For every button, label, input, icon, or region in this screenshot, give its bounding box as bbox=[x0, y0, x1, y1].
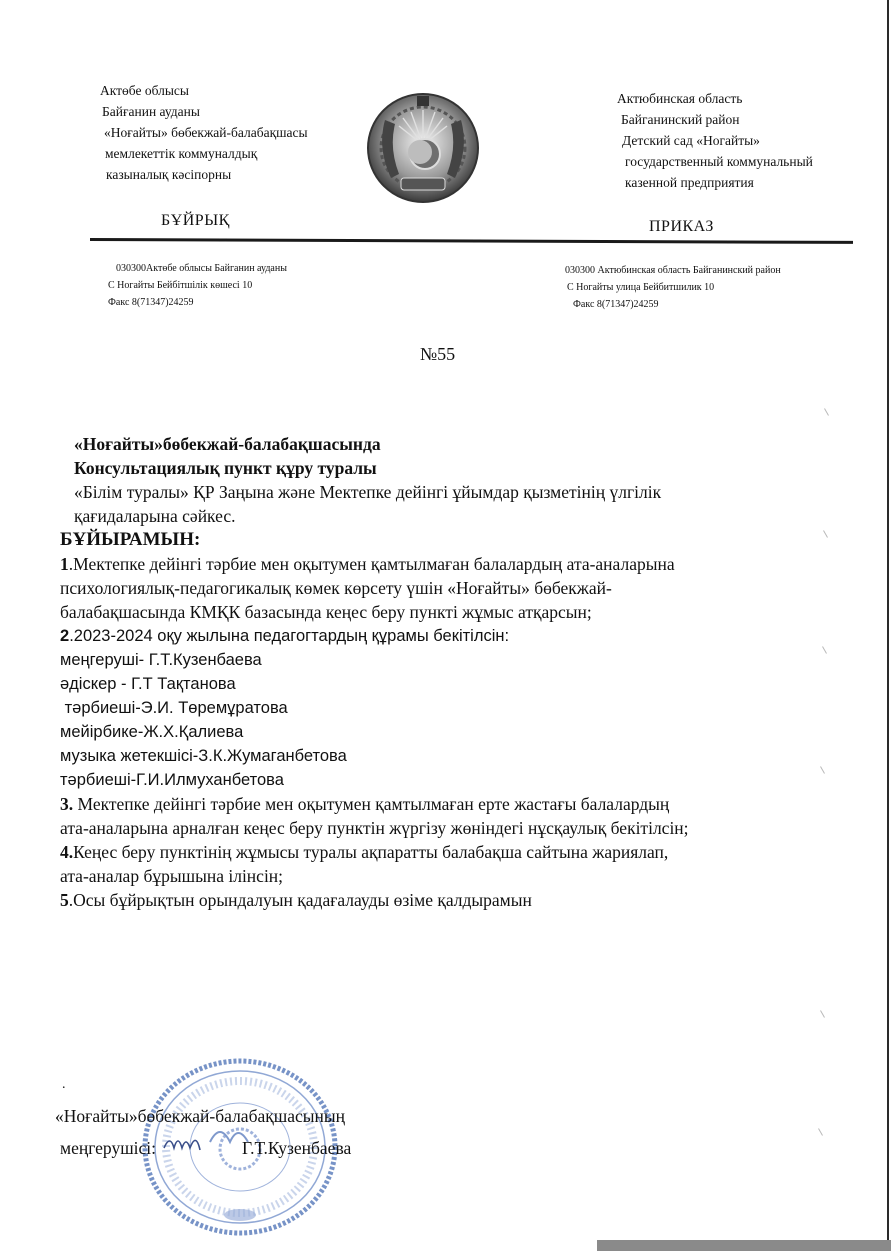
header-right-line: Детский сад «Ногайты» bbox=[617, 130, 813, 151]
header-right-line: Актюбинская область bbox=[617, 88, 813, 109]
address-line: 030300 Актюбинская область Байганинский … bbox=[565, 262, 781, 279]
stray-dot: . bbox=[62, 1077, 66, 1093]
staff-list: меңгеруші- Г.Т.Кузенбаева әдіскер - Г.Т … bbox=[60, 648, 860, 792]
header-left-line: мемлекеттік коммуналдық bbox=[100, 143, 308, 164]
document-title-kazakh: БҰЙРЫҚ bbox=[161, 212, 230, 230]
header-right-line: государственный коммунальный bbox=[617, 151, 813, 172]
kazakhstan-state-emblem-icon bbox=[363, 90, 483, 206]
order-document-page: Актөбе облысы Байғанин ауданы «Ноғайты» … bbox=[0, 0, 891, 1251]
item-number: 5 bbox=[60, 890, 69, 910]
staff-member: тәрбиеші-Г.И.Илмуханбетова bbox=[60, 768, 860, 792]
scan-artifact bbox=[818, 1128, 823, 1135]
header-org-russian: Актюбинская область Байганинский район Д… bbox=[617, 88, 813, 193]
item-text: Мектепке дейінгі тәрбие мен оқытумен қам… bbox=[73, 794, 669, 814]
scan-edge bbox=[887, 0, 889, 1245]
address-russian: 030300 Актюбинская область Байганинский … bbox=[565, 262, 781, 313]
subject-line: «Ноғайты»бөбекжай-балабақшасында bbox=[60, 432, 860, 456]
order-heading: БҰЙЫРАМЫН: bbox=[60, 528, 860, 552]
header-right-line: казенной предприятия bbox=[617, 172, 813, 193]
item-text: .Мектепке дейінгі тәрбие мен оқытумен қа… bbox=[69, 554, 675, 574]
item-number: 1 bbox=[60, 554, 69, 574]
item-3: 3. Мектепке дейінгі тәрбие мен оқытумен … bbox=[60, 792, 860, 816]
order-number: №55 bbox=[420, 344, 455, 365]
address-line: 030300Актөбе облысы Байганин ауданы bbox=[108, 260, 287, 277]
preamble-line: қағидаларына сәйкес. bbox=[60, 504, 860, 528]
preamble-line: «Білім туралы» ҚР Заңына және Мектепке д… bbox=[60, 480, 860, 504]
signature-block: «Ноғайты»бөбекжай-балабақшасының меңгеру… bbox=[55, 1103, 351, 1162]
subject-line: Консультациялық пункт құру туралы bbox=[60, 456, 860, 480]
item-text: Кеңес беру пунктінің жұмысы туралы ақпар… bbox=[73, 842, 668, 862]
item-4-cont: ата-аналар бұрышына ілінсін; bbox=[60, 864, 860, 888]
header-left-line: «Ноғайты» бөбекжай-балабақшасы bbox=[100, 122, 308, 143]
address-kazakh: 030300Актөбе облысы Байганин ауданы С Но… bbox=[108, 260, 287, 311]
item-number: 4. bbox=[60, 842, 73, 862]
item-1-cont: психологиялық-педагогикалық көмек көрсет… bbox=[60, 576, 860, 600]
header-org-kazakh: Актөбе облысы Байғанин ауданы «Ноғайты» … bbox=[100, 80, 308, 185]
document-title-russian: ПРИКАЗ bbox=[649, 218, 714, 236]
header-left-line: Байғанин ауданы bbox=[100, 101, 308, 122]
item-text: .Осы бұйрықтын орындалуын қадағалауды өз… bbox=[69, 890, 532, 910]
scan-artifact bbox=[820, 1010, 825, 1017]
item-number: 2 bbox=[60, 627, 69, 645]
staff-member: меңгеруші- Г.Т.Кузенбаева bbox=[60, 648, 860, 672]
staff-member: мейірбике-Ж.Х.Қалиева bbox=[60, 720, 860, 744]
item-4: 4.Кеңес беру пунктінің жұмысы туралы ақп… bbox=[60, 840, 860, 864]
staff-member: әдіскер - Г.Т Тақтанова bbox=[60, 672, 860, 696]
header-left-line: Актөбе облысы bbox=[100, 80, 308, 101]
item-3-cont: ата-аналарына арналған кеңес беру пункті… bbox=[60, 816, 860, 840]
fax-line: Факс 8(71347)24259 bbox=[108, 294, 287, 311]
scan-bottom-bar bbox=[597, 1240, 891, 1251]
signature-name: Г.Т.Кузенбаева bbox=[242, 1138, 351, 1158]
item-text: .2023-2024 оқу жылына педагогтардың құра… bbox=[69, 627, 509, 645]
item-5: 5.Осы бұйрықтын орындалуын қадағалауды ө… bbox=[60, 888, 860, 912]
item-1: 1.Мектепке дейінгі тәрбие мен оқытумен қ… bbox=[60, 552, 860, 576]
fax-line: Факс 8(71347)24259 bbox=[565, 296, 781, 313]
signature-role: меңгерушісі: bbox=[60, 1138, 156, 1158]
item-number: 3. bbox=[60, 794, 73, 814]
item-1-cont: балабақшасында КМҚК базасында кеңес беру… bbox=[60, 600, 860, 624]
address-line: С Ногайты улица Бейбитшилик 10 bbox=[565, 279, 781, 296]
handwritten-signature bbox=[156, 1130, 242, 1162]
header-divider bbox=[90, 238, 853, 244]
staff-member: музыка жетекшісі-З.К.Жумаганбетова bbox=[60, 744, 860, 768]
order-body: «Ноғайты»бөбекжай-балабақшасында Консуль… bbox=[60, 432, 860, 912]
scan-artifact bbox=[824, 408, 829, 415]
item-2: 2.2023-2024 оқу жылына педагогтардың құр… bbox=[60, 624, 860, 648]
header-left-line: казыналық кәсіпорны bbox=[100, 164, 308, 185]
header-right-line: Байганинский район bbox=[617, 109, 813, 130]
address-line: С Ногайты Бейбітшілік көшесі 10 bbox=[108, 277, 287, 294]
staff-member: тәрбиеші-Э.И. Төремұратова bbox=[60, 696, 860, 720]
signature-org: «Ноғайты»бөбекжай-балабақшасының bbox=[55, 1103, 351, 1130]
